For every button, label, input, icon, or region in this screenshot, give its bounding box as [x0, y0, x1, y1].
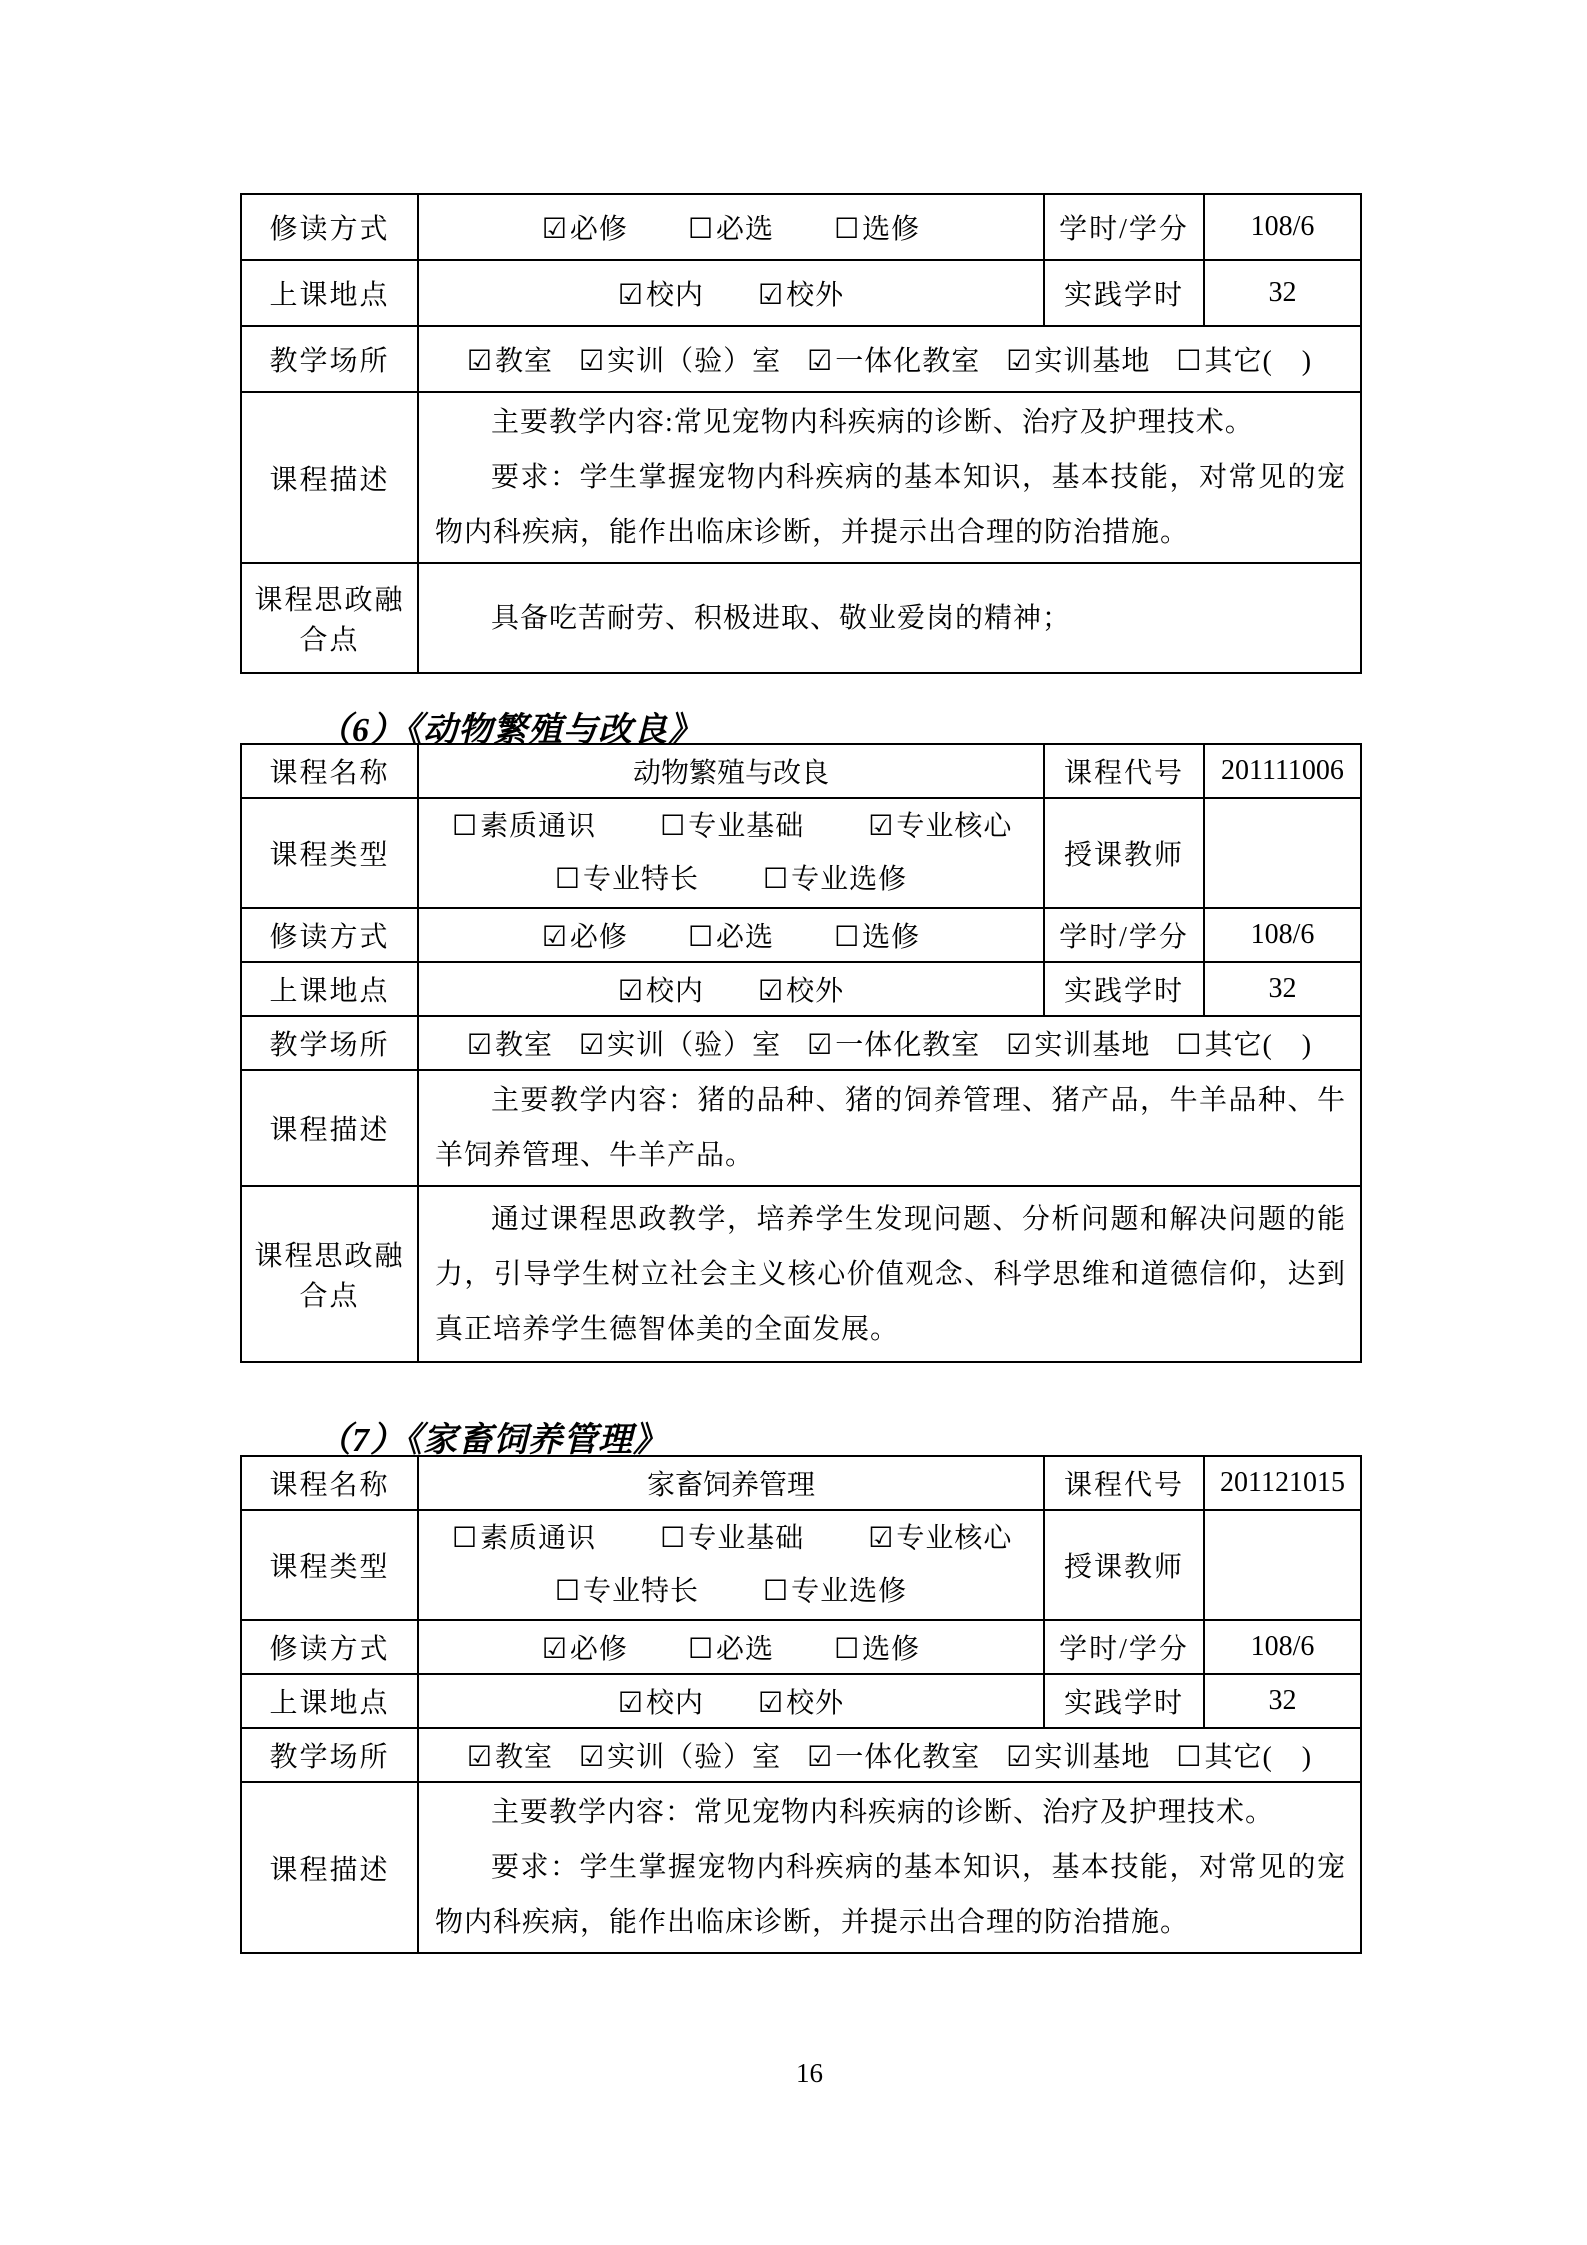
option-label: 素质通识: [480, 1523, 596, 1554]
option-label: 其它( ): [1204, 346, 1312, 377]
cell-options: ☑教室☑实训（验）室☑一体化教室☑实训基地☐其它( ): [418, 1728, 1361, 1782]
checkbox-option: ☑实训（验）室: [579, 339, 781, 379]
row-label: 修读方式: [241, 1620, 418, 1674]
option-label: 一体化教室: [835, 1742, 980, 1773]
checkbox-option: ☑必修: [542, 915, 628, 955]
checkbox-option: ☐其它( ): [1176, 1023, 1312, 1063]
option-label: 专业选修: [791, 1576, 907, 1607]
option-label: 实训基地: [1034, 1030, 1150, 1061]
checkbox-icon: ☑: [467, 1028, 492, 1061]
checkbox-option: ☑专业核心: [868, 800, 1012, 853]
checkbox-option: ☑教室: [467, 1735, 553, 1775]
checkbox-icon: ☑: [758, 974, 783, 1007]
row-study-mode: 修读方式 ☑必修☐必选☐选修 学时/学分 108/6: [241, 1620, 1361, 1674]
option-label: 校内: [646, 1688, 704, 1719]
option-label: 必选: [716, 1634, 774, 1665]
checkbox-option: ☑必修: [542, 207, 628, 247]
option-label: 教室: [495, 346, 553, 377]
checkbox-option: ☑教室: [467, 339, 553, 379]
checkbox-icon: ☑: [618, 974, 643, 1007]
checkbox-option: ☐专业特长: [555, 1565, 699, 1618]
checkbox-icon: ☑: [807, 1740, 832, 1773]
checkbox-icon: ☐: [555, 1574, 580, 1607]
checkbox-icon: ☑: [618, 278, 643, 311]
desc-paragraph: 主要教学内容：常见宠物内科疾病的诊断、治疗及护理技术。: [435, 1785, 1346, 1840]
checkbox-icon: ☑: [807, 344, 832, 377]
checkbox-option: ☑校内: [618, 273, 704, 313]
checkbox-icon: ☑: [579, 1740, 604, 1773]
desc-paragraph: 具备吃苦耐劳、积极进取、敬业爱岗的精神；: [435, 591, 1346, 646]
option-label: 校内: [646, 280, 704, 311]
checkbox-option: ☑校外: [758, 1681, 844, 1721]
option-label: 选修: [862, 214, 920, 245]
checkbox-icon: ☑: [579, 344, 604, 377]
checkbox-option: ☐专业选修: [763, 853, 907, 906]
row-label: 课程描述: [241, 1782, 418, 1953]
desc-paragraph: 主要教学内容：猪的品种、猪的饲养管理、猪产品，牛羊品种、牛羊饲养管理、牛羊产品。: [435, 1073, 1346, 1183]
option-label: 必选: [716, 214, 774, 245]
row-label: 课程描述: [241, 392, 418, 563]
cell-desc: 主要教学内容：常见宠物内科疾病的诊断、治疗及护理技术。 要求：学生掌握宠物内科疾…: [418, 1782, 1361, 1953]
option-label: 必修: [570, 922, 628, 953]
row-study-mode: 修读方式 ☑必修☐必选☐选修 学时/学分 108/6: [241, 194, 1361, 260]
cell-right-label: 学时/学分: [1044, 194, 1204, 260]
cell-options: ☑教室☑实训（验）室☑一体化教室☑实训基地☐其它( ): [418, 326, 1361, 392]
checkbox-icon: ☑: [542, 212, 567, 245]
row-label: 教学场所: [241, 326, 418, 392]
row-course-desc: 课程描述 主要教学内容：猪的品种、猪的饲养管理、猪产品，牛羊品种、牛羊饲养管理、…: [241, 1070, 1361, 1186]
checkbox-icon: ☐: [834, 212, 859, 245]
cell-right-value: 108/6: [1204, 194, 1361, 260]
checkbox-icon: ☐: [688, 920, 713, 953]
checkbox-option: ☐专业选修: [763, 1565, 907, 1618]
cell-options: ☐素质通识☐专业基础☑专业核心 ☐专业特长☐专业选修: [418, 1510, 1044, 1620]
checkbox-icon: ☐: [834, 1632, 859, 1665]
cell-right-value: 32: [1204, 1674, 1361, 1728]
row-teaching-place: 教学场所 ☑教室☑实训（验）室☑一体化教室☑实训基地☐其它( ): [241, 326, 1361, 392]
cell-right-label: 实践学时: [1044, 1674, 1204, 1728]
cell-right-label: 授课教师: [1044, 1510, 1204, 1620]
option-label: 素质通识: [480, 811, 596, 842]
checkbox-option: ☐选修: [834, 915, 920, 955]
checkbox-icon: ☐: [1176, 1028, 1201, 1061]
cell-right-label: 实践学时: [1044, 962, 1204, 1016]
row-ideology: 课程思政融合点 通过课程思政教学，培养学生发现问题、分析问题和解决问题的能力，引…: [241, 1186, 1361, 1362]
row-ideology: 课程思政融合点 具备吃苦耐劳、积极进取、敬业爱岗的精神；: [241, 563, 1361, 673]
option-label: 校外: [786, 280, 844, 311]
checkbox-icon: ☐: [555, 862, 580, 895]
cell-options: ☑必修☐必选☐选修: [418, 908, 1044, 962]
checkbox-icon: ☑: [579, 1028, 604, 1061]
option-label: 校外: [786, 1688, 844, 1719]
option-label: 选修: [862, 922, 920, 953]
checkbox-option: ☑校内: [618, 969, 704, 1009]
row-label: 上课地点: [241, 1674, 418, 1728]
checkbox-icon: ☐: [763, 1574, 788, 1607]
checkbox-icon: ☐: [452, 809, 477, 842]
checkbox-icon: ☑: [467, 1740, 492, 1773]
cell-options: ☑必修☐必选☐选修: [418, 1620, 1044, 1674]
row-label: 课程名称: [241, 1456, 418, 1510]
option-label: 教室: [495, 1030, 553, 1061]
cell-right-value: 32: [1204, 962, 1361, 1016]
checkbox-icon: ☑: [542, 920, 567, 953]
checkbox-icon: ☑: [868, 809, 893, 842]
desc-paragraph: 通过课程思政教学，培养学生发现问题、分析问题和解决问题的能力，引导学生树立社会主…: [435, 1192, 1346, 1357]
row-label: 课程名称: [241, 744, 418, 798]
section-heading-7: （7）《家畜饲养管理》: [317, 1412, 668, 1461]
checkbox-option: ☐必选: [688, 915, 774, 955]
option-label: 专业核心: [896, 811, 1012, 842]
checkbox-option: ☑实训（验）室: [579, 1735, 781, 1775]
course-type-line1: ☐素质通识☐专业基础☑专业核心: [420, 800, 1042, 853]
checkbox-icon: ☑: [1006, 1028, 1031, 1061]
cell-options: ☐素质通识☐专业基础☑专业核心 ☐专业特长☐专业选修: [418, 798, 1044, 908]
checkbox-option: ☑一体化教室: [807, 339, 980, 379]
checkbox-option: ☑专业核心: [868, 1512, 1012, 1565]
row-label: 课程思政融合点: [241, 563, 418, 673]
checkbox-icon: ☑: [618, 1686, 643, 1719]
option-label: 一体化教室: [835, 1030, 980, 1061]
desc-paragraph: 主要教学内容:常见宠物内科疾病的诊断、治疗及护理技术。: [435, 395, 1346, 450]
checkbox-option: ☐其它( ): [1176, 1735, 1312, 1775]
checkbox-option: ☐专业特长: [555, 853, 699, 906]
checkbox-option: ☑实训基地: [1006, 339, 1150, 379]
cell-options: ☑必修☐必选☐选修: [418, 194, 1044, 260]
row-course-desc: 课程描述 主要教学内容:常见宠物内科疾病的诊断、治疗及护理技术。 要求：学生掌握…: [241, 392, 1361, 563]
row-label: 课程类型: [241, 1510, 418, 1620]
cell-options: ☑校内☑校外: [418, 1674, 1044, 1728]
checkbox-option: ☐必选: [688, 1627, 774, 1667]
checkbox-icon: ☑: [1006, 1740, 1031, 1773]
course-table-7: 课程名称 家畜饲养管理 课程代号 201121015 课程类型 ☐素质通识☐专业…: [240, 1455, 1362, 1954]
cell-right-value: 201121015: [1204, 1456, 1361, 1510]
option-label: 实训（验）室: [607, 1030, 781, 1061]
course-type-line2: ☐专业特长☐专业选修: [420, 1565, 1042, 1618]
cell-right-label: 实践学时: [1044, 260, 1204, 326]
row-label: 教学场所: [241, 1016, 418, 1070]
cell-right-label: 授课教师: [1044, 798, 1204, 908]
option-label: 一体化教室: [835, 346, 980, 377]
row-course-name: 课程名称 家畜饲养管理 课程代号 201121015: [241, 1456, 1361, 1510]
checkbox-option: ☐必选: [688, 207, 774, 247]
row-label: 教学场所: [241, 1728, 418, 1782]
cell-desc: 主要教学内容：猪的品种、猪的饲养管理、猪产品，牛羊品种、牛羊饲养管理、牛羊产品。: [418, 1070, 1361, 1186]
row-label: 课程类型: [241, 798, 418, 908]
checkbox-icon: ☐: [1176, 344, 1201, 377]
row-class-location: 上课地点 ☑校内☑校外 实践学时 32: [241, 962, 1361, 1016]
cell-options: ☑校内☑校外: [418, 260, 1044, 326]
cell-right-label: 学时/学分: [1044, 908, 1204, 962]
option-label: 专业特长: [583, 864, 699, 895]
option-label: 专业特长: [583, 1576, 699, 1607]
checkbox-option: ☐素质通识: [452, 1512, 596, 1565]
checkbox-option: ☑必修: [542, 1627, 628, 1667]
document-page: 修读方式 ☑必修☐必选☐选修 学时/学分 108/6 上课地点 ☑校内☑校外 实…: [0, 0, 1587, 2245]
cell-right-value: 108/6: [1204, 1620, 1361, 1674]
checkbox-option: ☑校外: [758, 969, 844, 1009]
cell-right-label: 课程代号: [1044, 744, 1204, 798]
option-label: 专业核心: [896, 1523, 1012, 1554]
cell-right-label: 学时/学分: [1044, 1620, 1204, 1674]
checkbox-option: ☑一体化教室: [807, 1735, 980, 1775]
desc-paragraph: 要求：学生掌握宠物内科疾病的基本知识，基本技能，对常见的宠物内科疾病，能作出临床…: [435, 1840, 1346, 1950]
checkbox-icon: ☐: [688, 1632, 713, 1665]
row-class-location: 上课地点 ☑校内☑校外 实践学时 32: [241, 260, 1361, 326]
cell-desc: 具备吃苦耐劳、积极进取、敬业爱岗的精神；: [418, 563, 1361, 673]
checkbox-option: ☑实训基地: [1006, 1735, 1150, 1775]
option-label: 校内: [646, 976, 704, 1007]
checkbox-icon: ☑: [868, 1521, 893, 1554]
checkbox-option: ☑教室: [467, 1023, 553, 1063]
page-number: 16: [0, 2058, 1587, 2089]
cell-desc: 主要教学内容:常见宠物内科疾病的诊断、治疗及护理技术。 要求：学生掌握宠物内科疾…: [418, 392, 1361, 563]
checkbox-icon: ☐: [834, 920, 859, 953]
option-label: 校外: [786, 976, 844, 1007]
cell-options: ☑校内☑校外: [418, 962, 1044, 1016]
checkbox-option: ☑校外: [758, 273, 844, 313]
option-label: 必修: [570, 1634, 628, 1665]
checkbox-icon: ☑: [467, 344, 492, 377]
row-course-desc: 课程描述 主要教学内容：常见宠物内科疾病的诊断、治疗及护理技术。 要求：学生掌握…: [241, 1782, 1361, 1953]
course-table-continuation: 修读方式 ☑必修☐必选☐选修 学时/学分 108/6 上课地点 ☑校内☑校外 实…: [240, 193, 1362, 674]
row-label: 课程描述: [241, 1070, 418, 1186]
option-label: 专业选修: [791, 864, 907, 895]
option-label: 必修: [570, 214, 628, 245]
checkbox-option: ☐素质通识: [452, 800, 596, 853]
checkbox-option: ☑校内: [618, 1681, 704, 1721]
desc-paragraph: 要求：学生掌握宠物内科疾病的基本知识，基本技能，对常见的宠物内科疾病，能作出临床…: [435, 450, 1346, 560]
cell-course-name-value: 动物繁殖与改良: [418, 744, 1044, 798]
option-label: 其它( ): [1204, 1742, 1312, 1773]
checkbox-icon: ☑: [758, 278, 783, 311]
option-label: 教室: [495, 1742, 553, 1773]
row-label: 上课地点: [241, 260, 418, 326]
option-label: 其它( ): [1204, 1030, 1312, 1061]
cell-course-name-value: 家畜饲养管理: [418, 1456, 1044, 1510]
cell-right-label: 课程代号: [1044, 1456, 1204, 1510]
checkbox-option: ☑一体化教室: [807, 1023, 980, 1063]
cell-right-value: 32: [1204, 260, 1361, 326]
checkbox-option: ☐其它( ): [1176, 339, 1312, 379]
option-label: 专业基础: [688, 1523, 804, 1554]
course-type-line1: ☐素质通识☐专业基础☑专业核心: [420, 1512, 1042, 1565]
checkbox-icon: ☐: [1176, 1740, 1201, 1773]
cell-desc: 通过课程思政教学，培养学生发现问题、分析问题和解决问题的能力，引导学生树立社会主…: [418, 1186, 1361, 1362]
option-label: 专业基础: [688, 811, 804, 842]
course-type-line2: ☐专业特长☐专业选修: [420, 853, 1042, 906]
option-label: 实训基地: [1034, 346, 1150, 377]
checkbox-icon: ☑: [1006, 344, 1031, 377]
row-label: 修读方式: [241, 194, 418, 260]
option-label: 实训（验）室: [607, 1742, 781, 1773]
checkbox-option: ☐选修: [834, 207, 920, 247]
cell-right-value: [1204, 1510, 1361, 1620]
row-course-name: 课程名称 动物繁殖与改良 课程代号 201111006: [241, 744, 1361, 798]
option-label: 必选: [716, 922, 774, 953]
cell-options: ☑教室☑实训（验）室☑一体化教室☑实训基地☐其它( ): [418, 1016, 1361, 1070]
checkbox-icon: ☐: [660, 1521, 685, 1554]
checkbox-icon: ☑: [542, 1632, 567, 1665]
checkbox-icon: ☑: [758, 1686, 783, 1719]
row-label: 课程思政融合点: [241, 1186, 418, 1362]
row-course-type: 课程类型 ☐素质通识☐专业基础☑专业核心 ☐专业特长☐专业选修 授课教师: [241, 1510, 1361, 1620]
row-class-location: 上课地点 ☑校内☑校外 实践学时 32: [241, 1674, 1361, 1728]
row-study-mode: 修读方式 ☑必修☐必选☐选修 学时/学分 108/6: [241, 908, 1361, 962]
checkbox-icon: ☐: [688, 212, 713, 245]
cell-right-value: 108/6: [1204, 908, 1361, 962]
option-label: 实训（验）室: [607, 346, 781, 377]
checkbox-icon: ☑: [807, 1028, 832, 1061]
cell-right-value: 201111006: [1204, 744, 1361, 798]
row-label: 修读方式: [241, 908, 418, 962]
option-label: 选修: [862, 1634, 920, 1665]
option-label: 实训基地: [1034, 1742, 1150, 1773]
checkbox-option: ☑实训（验）室: [579, 1023, 781, 1063]
checkbox-option: ☐选修: [834, 1627, 920, 1667]
checkbox-icon: ☐: [660, 809, 685, 842]
row-teaching-place: 教学场所 ☑教室☑实训（验）室☑一体化教室☑实训基地☐其它( ): [241, 1016, 1361, 1070]
row-teaching-place: 教学场所 ☑教室☑实训（验）室☑一体化教室☑实训基地☐其它( ): [241, 1728, 1361, 1782]
checkbox-icon: ☐: [452, 1521, 477, 1554]
cell-right-value: [1204, 798, 1361, 908]
course-table-6: 课程名称 动物繁殖与改良 课程代号 201111006 课程类型 ☐素质通识☐专…: [240, 743, 1362, 1363]
row-course-type: 课程类型 ☐素质通识☐专业基础☑专业核心 ☐专业特长☐专业选修 授课教师: [241, 798, 1361, 908]
checkbox-option: ☐专业基础: [660, 800, 804, 853]
row-label: 上课地点: [241, 962, 418, 1016]
checkbox-option: ☑实训基地: [1006, 1023, 1150, 1063]
checkbox-icon: ☐: [763, 862, 788, 895]
checkbox-option: ☐专业基础: [660, 1512, 804, 1565]
